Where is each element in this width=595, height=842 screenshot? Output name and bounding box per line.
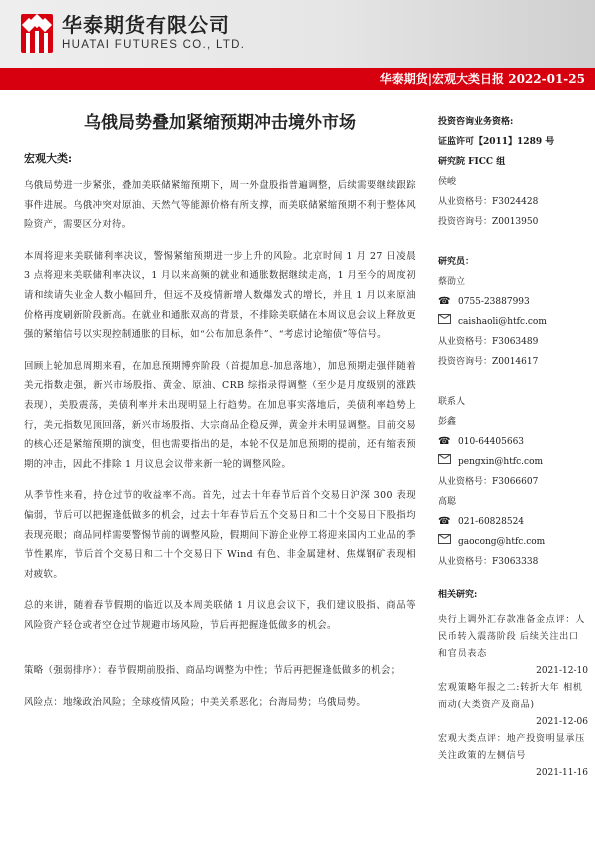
company-name-en: HUATAI FUTURES CO., LTD. [62, 38, 245, 52]
license-number: 证监许可【2011】1289 号 [438, 132, 588, 152]
related-report-date: 2021-12-06 [438, 714, 588, 731]
email-address[interactable]: gaocong@htfc.com [458, 532, 545, 552]
lead-practice-no: 从业资格号：F3024428 [438, 192, 588, 212]
page-header: 华泰期货有限公司 HUATAI FUTURES CO., LTD. [0, 0, 595, 68]
paragraph-strategy: 策略（强弱排序）：春节假期前股指、商品均调整为中性；节后再把握逢低做多的机会； [24, 661, 416, 681]
contact-phone: ☎ 021-60828524 [438, 512, 588, 532]
related-report-link[interactable]: 宏观策略年报之二:转折大年 相机而动(大类资产及商品) [438, 680, 588, 714]
phone-icon: ☎ [438, 292, 458, 312]
related-report-date: 2021-11-16 [438, 765, 588, 782]
researcher-label: 研究员： [438, 252, 588, 272]
paragraph-seasonality: 从季节性来看，持仓过节的收益率不高。首先，过去十年春节后首个交易日沪深 300 … [24, 486, 416, 584]
phone-number: 021-60828524 [458, 512, 524, 532]
contact-name: 高聪 [438, 492, 588, 512]
contact-email: pengxin@htfc.com [438, 452, 588, 472]
paragraph-risks: 风险点：地缘政治风险；全球疫情风险；中美关系恶化；台海局势；乌俄局势。 [24, 693, 416, 713]
analyst-sidebar: 投资咨询业务资格: 证监许可【2011】1289 号 研究院 FICC 组 侯峻… [438, 112, 588, 572]
paragraph-summary: 乌俄局势进一步紧张，叠加美联储紧缩预期下，周一外盘股指普遍调整，后续需要继续跟踪… [24, 176, 416, 235]
report-tag: 华泰期货|宏观大类日报 2022-01-25 [380, 71, 585, 87]
email-address[interactable]: pengxin@htfc.com [458, 452, 543, 472]
paragraph-history: 回顾上轮加息周期来看，在加息预期博弈阶段（首提加息-加息落地），加息预期走强伴随… [24, 357, 416, 475]
phone-number: 010-64405663 [458, 432, 524, 452]
phone-icon: ☎ [438, 432, 458, 452]
report-banner: 华泰期货|宏观大类日报 2022-01-25 [0, 68, 595, 90]
researcher-email: caishaoli@htfc.com [438, 312, 588, 332]
article-body: 乌俄局势进一步紧张，叠加美联储紧缩预期下，周一外盘股指普遍调整，后续需要继续跟踪… [24, 176, 416, 725]
researcher-name: 蔡劭立 [438, 272, 588, 292]
paragraph-conclusion: 总的来讲，随着春节假期的临近以及本周美联储 1 月议息会议下，我们建议股指、商品… [24, 596, 416, 635]
mail-icon [438, 314, 451, 324]
paragraph-fomc: 本周将迎来美联储利率决议，警惕紧缩预期进一步上升的风险。北京时间 1 月 27 … [24, 247, 416, 345]
contact-label: 联系人 [438, 392, 588, 412]
contact-practice-no: 从业资格号：F3066607 [438, 472, 588, 492]
phone-number: 0755-23887993 [458, 292, 530, 312]
huatai-logo-icon [21, 14, 53, 53]
research-group: 研究院 FICC 组 [438, 152, 588, 172]
related-report-link[interactable]: 宏观大类点评：地产投资明显承压 关注政策的左侧信号 [438, 731, 588, 765]
company-name-cn: 华泰期货有限公司 [62, 13, 230, 37]
section-heading: 宏观大类: [24, 152, 72, 166]
phone-icon: ☎ [438, 512, 458, 532]
contact-email: gaocong@htfc.com [438, 532, 588, 552]
email-address[interactable]: caishaoli@htfc.com [458, 312, 547, 332]
related-research-title: 相关研究: [438, 588, 477, 602]
report-title: 乌俄局势叠加紧缩预期冲击境外市场 [20, 112, 420, 134]
lead-consult-no: 投资咨询号：Z0013950 [438, 212, 588, 232]
contact-phone: ☎ 010-64405663 [438, 432, 588, 452]
contact-name: 彭鑫 [438, 412, 588, 432]
researcher-phone: ☎ 0755-23887993 [438, 292, 588, 312]
contact-practice-no: 从业资格号：F3063338 [438, 552, 588, 572]
related-report-date: 2021-12-10 [438, 663, 588, 680]
researcher-practice-no: 从业资格号：F3063489 [438, 332, 588, 352]
related-report-link[interactable]: 央行上调外汇存款准备金点评：人民币转入震荡阶段 后续关注出口和官员表态 [438, 612, 588, 663]
mail-icon [438, 454, 451, 464]
researcher-consult-no: 投资咨询号：Z0014617 [438, 352, 588, 372]
related-research-list: 央行上调外汇存款准备金点评：人民币转入震荡阶段 后续关注出口和官员表态 2021… [438, 612, 588, 782]
qualification-label: 投资咨询业务资格: [438, 112, 588, 132]
lead-analyst-name: 侯峻 [438, 172, 588, 192]
mail-icon [438, 534, 451, 544]
